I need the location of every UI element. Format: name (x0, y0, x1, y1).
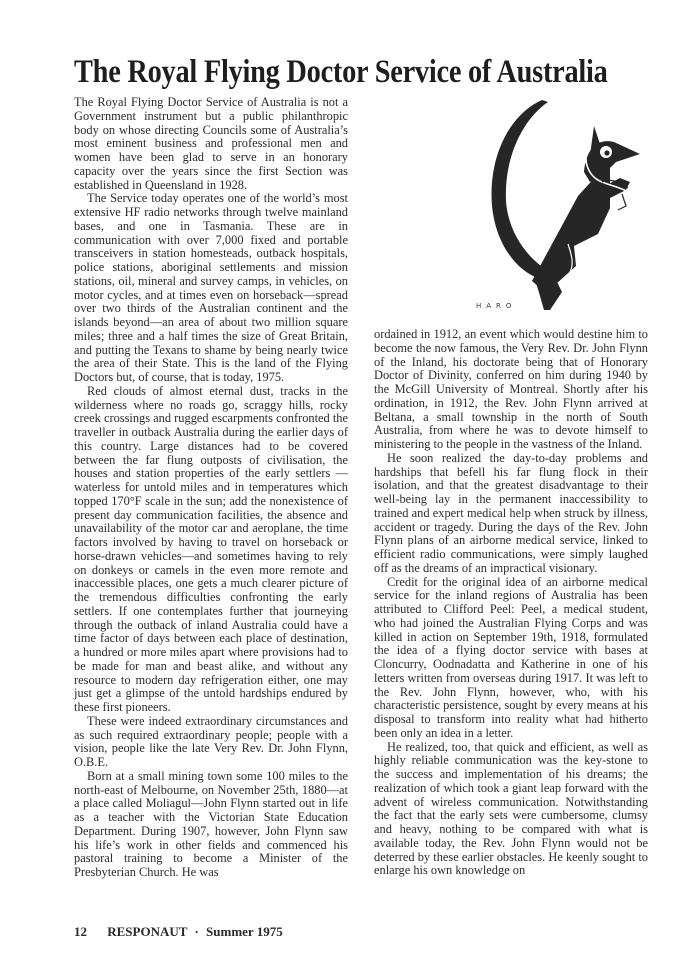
paragraph-extraordinary-people: These were indeed extraordinary circumst… (74, 715, 348, 770)
paragraph-outback-hardships: Red clouds of almost eternal dust, track… (74, 385, 348, 715)
issue-label: Summer 1975 (206, 924, 283, 939)
kangaroo-illustration (470, 96, 650, 316)
paragraph-intro: The Royal Flying Doctor Service of Austr… (74, 96, 348, 192)
footer-separator: · (190, 924, 202, 939)
paragraph-radio-network: The Service today operates one of the wo… (74, 192, 348, 385)
publication-name: RESPONAUT (107, 924, 187, 939)
paragraph-flynn-birth: Born at a small mining town some 100 mil… (74, 770, 348, 880)
article-title: The Royal Flying Doctor Service of Austr… (74, 52, 556, 92)
paragraph-ordination: ordained in 1912, an event which would d… (374, 328, 648, 452)
kangaroo-icon (470, 96, 650, 316)
artist-signature: HARO (476, 302, 516, 310)
paragraph-wireless-communication: He realized, too, that quick and efficie… (374, 741, 648, 879)
page-footer: 12 RESPONAUT · Summer 1975 (74, 924, 283, 940)
paragraph-clifford-peel: Credit for the original idea of an airbo… (374, 576, 648, 741)
article-right-column: ordained in 1912, an event which would d… (374, 328, 648, 878)
paragraph-medical-isolation: He soon realized the day-to-day problems… (374, 452, 648, 576)
page-number: 12 (74, 924, 104, 940)
article-left-column: The Royal Flying Doctor Service of Austr… (74, 96, 348, 880)
